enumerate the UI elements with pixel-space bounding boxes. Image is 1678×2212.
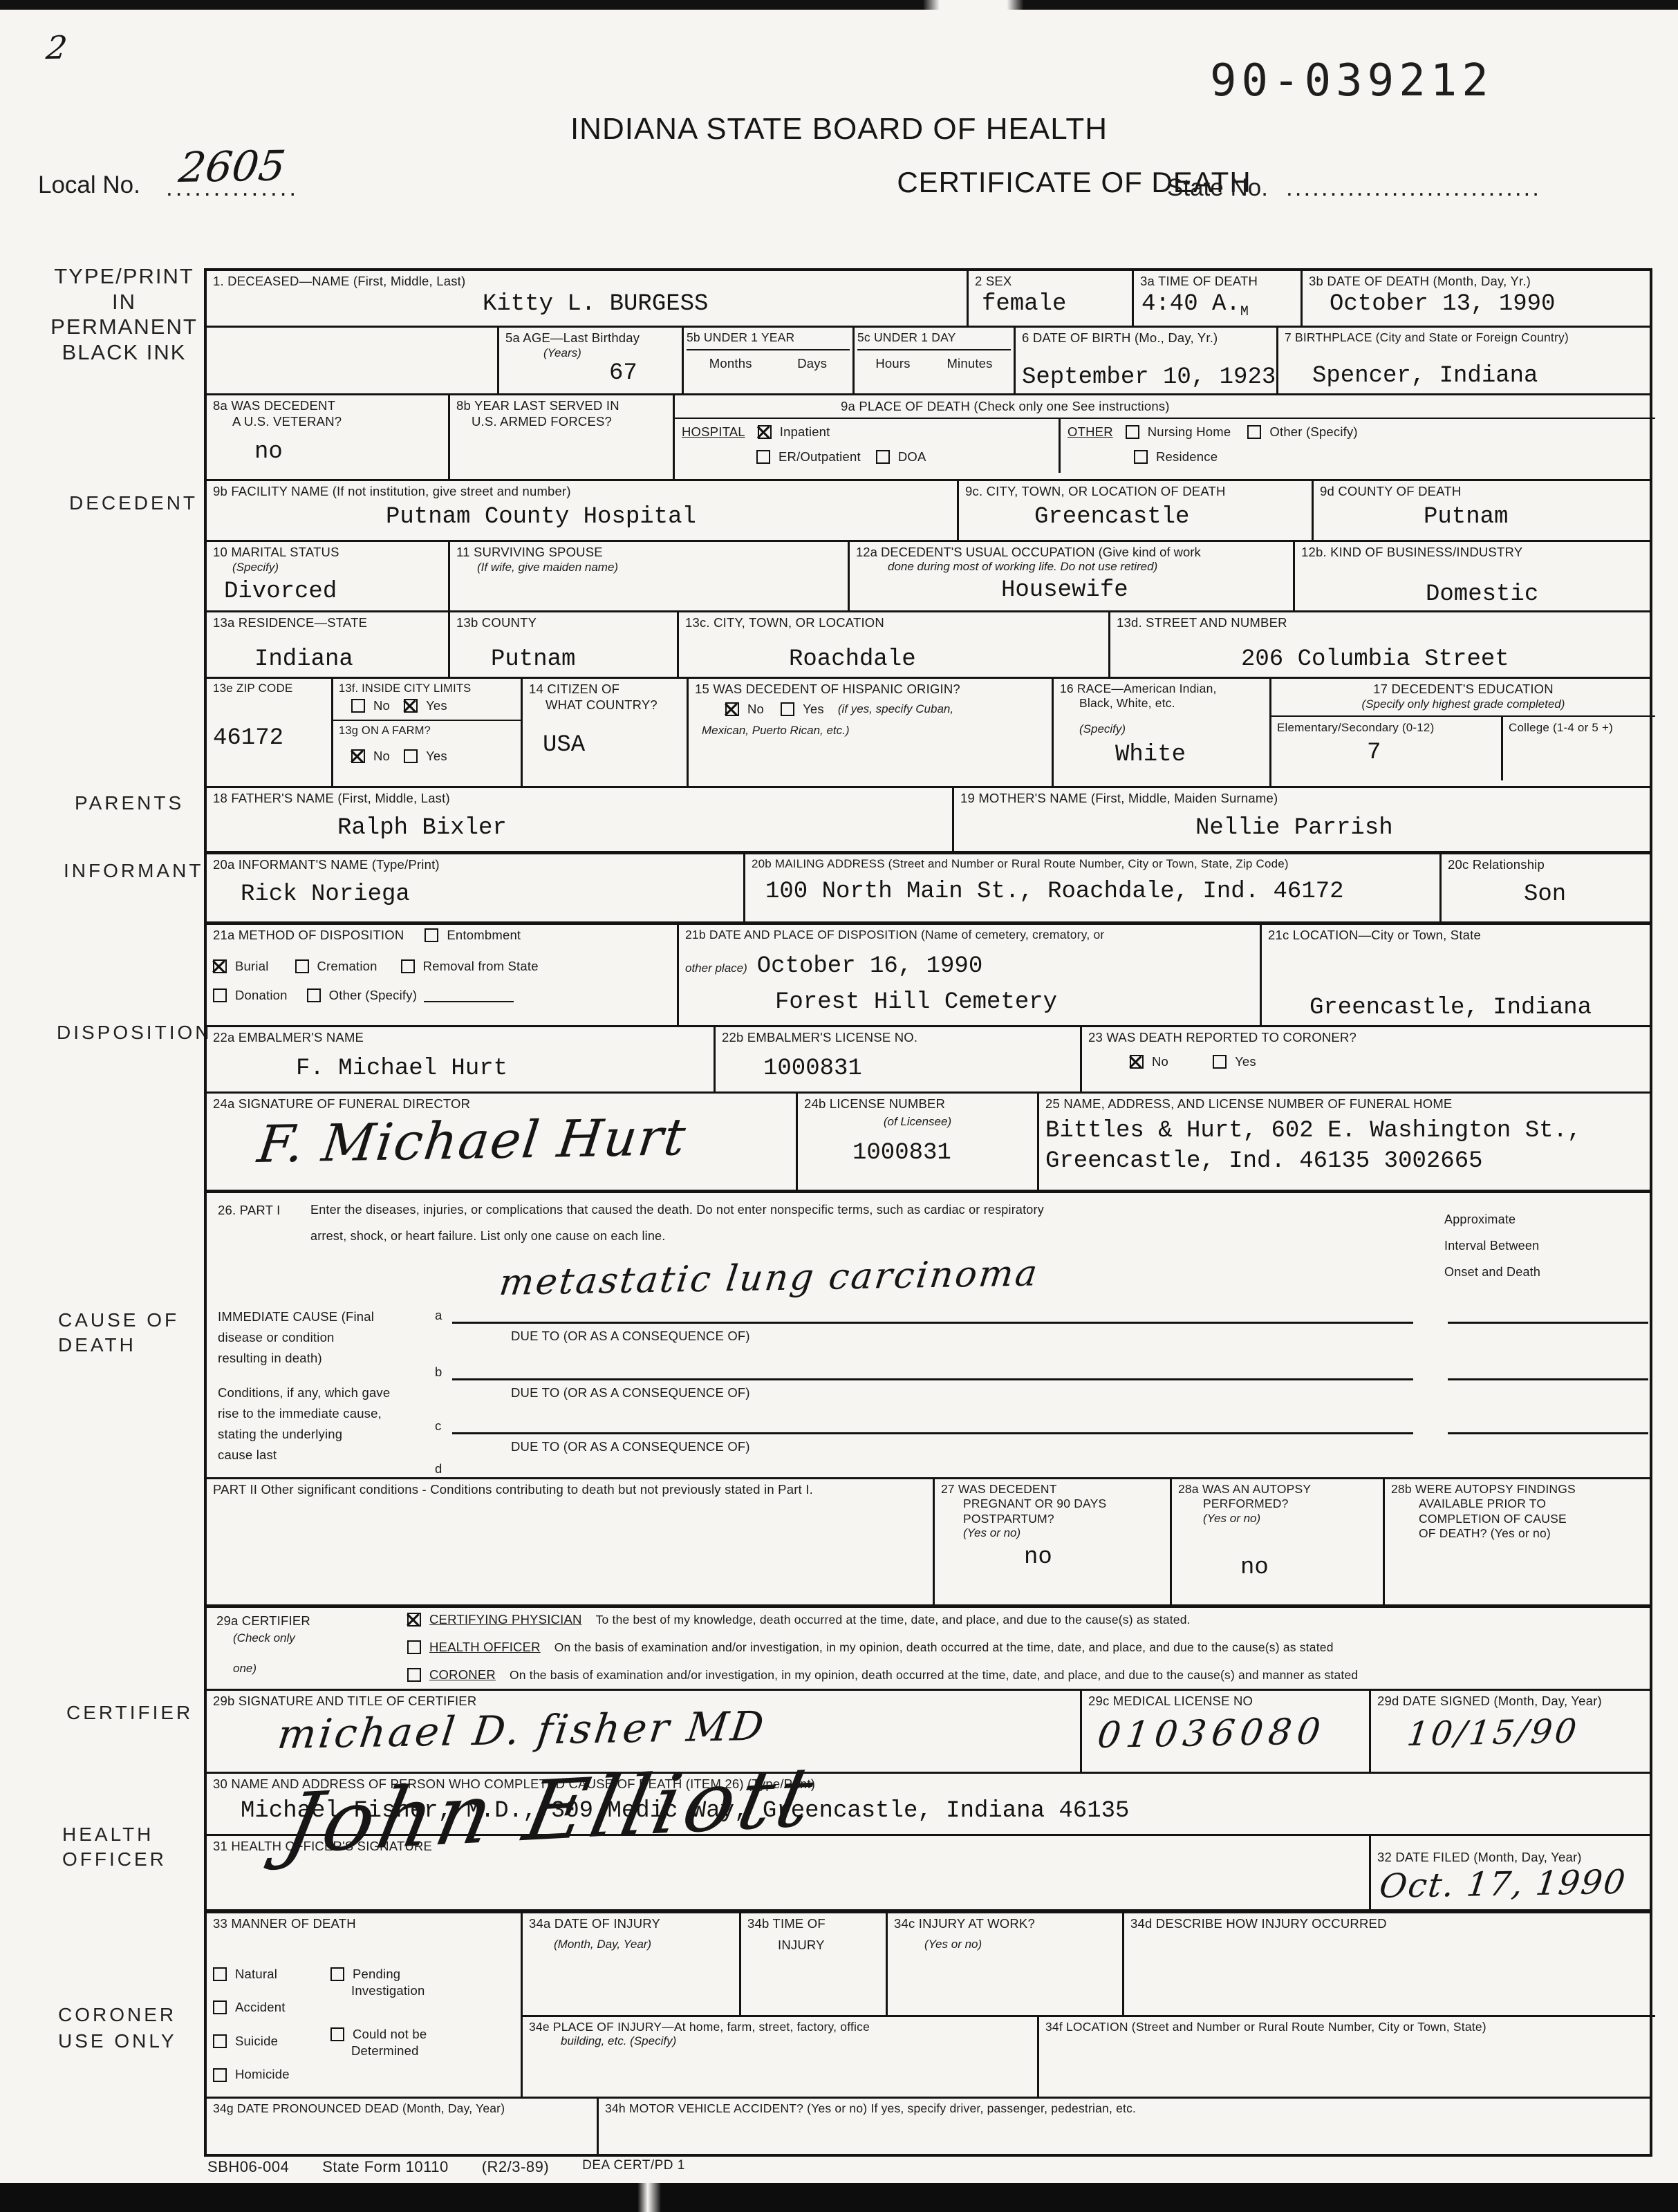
disposition-other-blank-line [424, 988, 514, 1002]
section-label-decedent: DECEDENT [69, 492, 198, 514]
field-injury-at-work: 34c INJURY AT WORK? (Yes or no) [888, 1913, 1124, 2015]
time-of-death-value: 4:40 A.M [1141, 291, 1294, 320]
scan-bottom-edge [0, 2183, 1678, 2212]
row-health-officer: 31 HEALTH OFFICER'S SIGNATURE 32 DATE FI… [207, 1836, 1650, 1913]
row-embalmer: 22a EMBALMER'S NAME F. Michael Hurt 22b … [207, 1027, 1650, 1094]
disposition-date-value: October 16, 1990 [757, 953, 982, 980]
field-date-pronounced-dead: 34g DATE PRONOUNCED DEAD (Month, Day, Ye… [207, 2099, 599, 2154]
field-reported-to-coroner: 23 WAS DEATH REPORTED TO CORONER? No Yes [1082, 1027, 1655, 1091]
checkbox-coroner-yes [1213, 1055, 1227, 1069]
field-funeral-license-number: 24b LICENSE NUMBER (of Licensee) 1000831 [798, 1094, 1039, 1190]
field-injury-location: 34f LOCATION (Street and Number or Rural… [1039, 2017, 1655, 2097]
field-education-elementary: Elementary/Secondary (0-12) 7 [1271, 717, 1503, 780]
section-label-cause-of-death: CAUSE OF DEATH [58, 1308, 179, 1358]
type-print-instruction: TYPE/PRINT IN PERMANENT BLACK INK [50, 264, 198, 365]
race-value: White [1115, 742, 1263, 768]
field-race: 16 RACE—American Indian, Black, White, e… [1054, 679, 1271, 786]
field-residence-state: 13a RESIDENCE—STATE Indiana [207, 612, 450, 677]
field-kind-of-business: 12b. KIND OF BUSINESS/INDUSTRY Domestic [1295, 542, 1655, 610]
checkbox-removal [401, 959, 415, 973]
field-residence-city: 13c. CITY, TOWN, OR LOCATION Roachdale [679, 612, 1110, 677]
checkbox-burial [213, 959, 227, 973]
checkbox-city-limits-yes [404, 699, 418, 713]
field-facility-name: 9b FACILITY NAME (If not institution, gi… [207, 481, 959, 540]
education-elementary-value: 7 [1367, 740, 1495, 766]
field-age: 5a AGE—Last Birthday (Years) 67 [499, 328, 684, 393]
field-surviving-spouse: 11 SURVIVING SPOUSE (If wife, give maide… [450, 542, 850, 610]
field-under-1-day: 5c UNDER 1 DAY Hours Minutes [855, 328, 1016, 393]
field-date-signed: 29d DATE SIGNED (Month, Day, Year) 10/15… [1371, 1691, 1655, 1772]
date-filed-value: Oct. 17, 1990 [1377, 1862, 1654, 1906]
row-completed-by: 30 NAME AND ADDRESS OF PERSON WHO COMPLE… [207, 1774, 1650, 1836]
field-pregnant: 27 WAS DECEDENT PREGNANT OR 90 DAYS POST… [935, 1479, 1172, 1604]
field-part2-conditions: PART II Other significant conditions - C… [207, 1479, 935, 1604]
birthplace-value: Spencer, Indiana [1312, 363, 1649, 389]
row-manner-of-death: 33 MANNER OF DEATH Natural Accident Suic… [207, 1913, 1650, 2099]
field-autopsy-performed: 28a WAS AN AUTOPSY PERFORMED? (Yes or no… [1172, 1479, 1385, 1604]
row-age-birth: 5a AGE—Last Birthday (Years) 67 5b UNDER… [207, 328, 1650, 395]
checkbox-coroner-no [1130, 1055, 1144, 1069]
scan-top-edge [0, 0, 1678, 10]
checkbox-certifying-physician [407, 1613, 421, 1627]
death-certificate-page: 2 90-039212 INDIANA STATE BOARD OF HEALT… [0, 0, 1678, 2212]
embalmer-name-value: F. Michael Hurt [296, 1056, 707, 1082]
field-date-filed: 32 DATE FILED (Month, Day, Year) Oct. 17… [1371, 1836, 1655, 1909]
section-label-disposition: DISPOSITION [57, 1022, 212, 1044]
funeral-license-value: 1000831 [852, 1140, 1031, 1166]
field-method-of-disposition: 21a METHOD OF DISPOSITION Entombment Bur… [207, 925, 679, 1025]
disposition-location-value: Greencastle, Indiana [1309, 995, 1649, 1021]
field-date-of-death: 3b DATE OF DEATH (Month, Day, Yr.) Octob… [1303, 271, 1655, 326]
residence-city-value: Roachdale [789, 646, 1102, 673]
field-time-of-death: 3a TIME OF DEATH 4:40 A.M [1134, 271, 1303, 326]
row-residence: 13a RESIDENCE—STATE Indiana 13b COUNTY P… [207, 612, 1650, 679]
field-city-of-death: 9c. CITY, TOWN, OR LOCATION OF DEATH Gre… [959, 481, 1314, 540]
field-certifier-signature: 29b SIGNATURE AND TITLE OF CERTIFIER mic… [207, 1691, 1082, 1772]
date-of-birth-value: September 10, 1923 [1022, 364, 1270, 391]
deceased-name-value: Kitty L. BURGESS [483, 291, 960, 317]
field-education: 17 DECEDENT'S EDUCATION (Specify only hi… [1271, 679, 1655, 786]
field-date-place-disposition: 21b DATE AND PLACE OF DISPOSITION (Name … [679, 925, 1262, 1025]
field-disposition-location: 21c LOCATION—City or Town, State Greenca… [1262, 925, 1655, 1025]
residence-county-value: Putnam [491, 646, 671, 673]
interval-line-c-rule [1448, 1432, 1648, 1434]
checkbox-coroner-certifier [407, 1668, 421, 1682]
field-place-of-injury: 34e PLACE OF INJURY—At home, farm, stree… [523, 2017, 1039, 2097]
section-label-coroner-use-only: CORONER USE ONLY [58, 2002, 177, 2054]
field-health-officer-signature: 31 HEALTH OFFICER'S SIGNATURE [207, 1836, 1371, 1909]
row-deceased-name: 1. DECEASED—NAME (First, Middle, Last) K… [207, 271, 1650, 328]
checkbox-could-not-determine [330, 2027, 344, 2041]
place-of-death-hospital-group: HOSPITAL Inpatient ER/Outpatient DOA [675, 419, 1061, 473]
field-father-name: 18 FATHER'S NAME (First, Middle, Last) R… [207, 788, 954, 851]
field-relationship: 20c Relationship Son [1442, 854, 1655, 921]
disposition-place-value: Forest Hill Cemetery [775, 989, 1253, 1015]
field-birthplace: 7 BIRTHPLACE (City and State or Foreign … [1278, 328, 1655, 393]
checkbox-farm-no [351, 749, 365, 763]
usual-occupation-value: Housewife [1001, 577, 1287, 603]
cell-injury-details: 34a DATE OF INJURY (Month, Day, Year) 34… [523, 1913, 1655, 2097]
field-year-last-served: 8b YEAR LAST SERVED IN U.S. ARMED FORCES… [450, 395, 675, 479]
row-certifier-type: 29a CERTIFIER (Check only one) CERTIFYIN… [207, 1608, 1650, 1691]
facility-name-value: Putnam County Hospital [386, 504, 951, 530]
checkbox-hispanic-yes [781, 702, 794, 716]
row-informant: 20a INFORMANT'S NAME (Type/Print) Rick N… [207, 854, 1650, 925]
checkbox-disposition-other [307, 988, 321, 1002]
local-no-dotted-line: .............. [166, 174, 299, 202]
city-of-death-value: Greencastle [1034, 504, 1305, 530]
checkbox-cremation [295, 959, 309, 973]
field-county-of-death: 9d COUNTY OF DEATH Putnam [1314, 481, 1655, 540]
field-certifier-type: 29a CERTIFIER (Check only one) CERTIFYIN… [207, 1608, 1651, 1689]
checkbox-health-officer [407, 1640, 421, 1654]
field-embalmer-name: 22a EMBALMER'S NAME F. Michael Hurt [207, 1027, 716, 1091]
row-certifier-signature: 29b SIGNATURE AND TITLE OF CERTIFIER mic… [207, 1691, 1650, 1774]
date-signed-value: 10/15/90 [1405, 1710, 1654, 1753]
local-no-label: Local No. [38, 171, 140, 199]
field-time-of-injury: 34b TIME OF INJURY [741, 1913, 888, 2015]
county-of-death-value: Putnam [1424, 504, 1649, 530]
field-usual-occupation: 12a DECEDENT'S USUAL OCCUPATION (Give ki… [850, 542, 1295, 610]
section-label-informant: INFORMANT [64, 860, 203, 882]
residence-state-value: Indiana [254, 646, 442, 673]
completed-by-value: Michael Fisher, M.D., 309 Medic Way, Gre… [241, 1798, 1645, 1824]
footer-dea-cert: DEA CERT/PD 1 [582, 2158, 685, 2176]
footer-form-code: SBH06-004 [207, 2158, 289, 2176]
father-name-value: Ralph Bixler [337, 815, 946, 841]
checkbox-other-specify [1247, 425, 1261, 439]
row-disposition: 21a METHOD OF DISPOSITION Entombment Bur… [207, 925, 1650, 1027]
row-veteran-place-of-death: 8a WAS DECEDENT A U.S. VETERAN? no 8b YE… [207, 395, 1650, 481]
field-marital-status: 10 MARITAL STATUS (Specify) Divorced [207, 542, 450, 610]
row-zip-race-education: 13e ZIP CODE 46172 13f. INSIDE CITY LIMI… [207, 679, 1650, 788]
autopsy-value: no [1240, 1555, 1377, 1581]
row-parents: 18 FATHER'S NAME (First, Middle, Last) R… [207, 788, 1650, 854]
checkbox-suicide [213, 2034, 227, 2048]
pregnant-value: no [1024, 1544, 1164, 1571]
field-mother-name: 19 MOTHER'S NAME (First, Middle, Maiden … [954, 788, 1655, 851]
field-veteran: 8a WAS DECEDENT A U.S. VETERAN? no [207, 395, 450, 479]
zip-code-value: 46172 [213, 725, 325, 751]
medical-license-value: 01036080 [1095, 1710, 1368, 1756]
place-of-death-other-group: OTHER Nursing Home Other (Specify) Resid… [1061, 419, 1655, 473]
interval-line-b-rule [1448, 1378, 1648, 1380]
cell-blank-under-name [207, 328, 499, 393]
field-education-college: College (1-4 or 5 +) [1503, 717, 1655, 780]
marital-status-value: Divorced [224, 579, 442, 605]
field-cause-of-death: 26. PART I Enter the diseases, injuries,… [207, 1193, 1651, 1477]
field-informant-name: 20a INFORMANT'S NAME (Type/Print) Rick N… [207, 854, 745, 921]
field-autopsy-findings: 28b WERE AUTOPSY FINDINGS AVAILABLE PRIO… [1385, 1479, 1655, 1604]
interval-line-a-rule [1448, 1322, 1648, 1324]
checkbox-er-outpatient [756, 450, 770, 464]
field-funeral-home: 25 NAME, ADDRESS, AND LICENSE NUMBER OF … [1039, 1094, 1655, 1190]
field-residence-street: 13d. STREET AND NUMBER 206 Columbia Stre… [1110, 612, 1655, 677]
section-label-parents: PARENTS [75, 792, 184, 814]
checkbox-hispanic-no [725, 702, 739, 716]
certificate-form-table: 1. DECEASED—NAME (First, Middle, Last) K… [204, 268, 1652, 2157]
residence-street-value: 206 Columbia Street [1241, 646, 1649, 673]
cause-line-c-rule [452, 1432, 1413, 1434]
checkbox-homicide [213, 2068, 227, 2082]
state-no-dotted-line: ............................. [1286, 174, 1541, 202]
row-part2-autopsy: PART II Other significant conditions - C… [207, 1479, 1650, 1608]
field-funeral-director-signature: 24a SIGNATURE OF FUNERAL DIRECTOR F. Mic… [207, 1094, 798, 1190]
field-mailing-address: 20b MAILING ADDRESS (Street and Number o… [745, 854, 1442, 921]
footer-revision: (R2/3-89) [482, 2158, 549, 2176]
checkbox-residence [1134, 450, 1148, 464]
mailing-address-value: 100 North Main St., Roachdale, Ind. 4617… [765, 879, 1433, 905]
date-of-death-value: October 13, 1990 [1330, 291, 1649, 317]
cell-city-limits-farm: 13f. INSIDE CITY LIMITS No Yes 13g ON A … [333, 679, 523, 786]
checkbox-pending-investigation [330, 1967, 344, 1981]
funeral-director-signature: F. Michael Hurt [254, 1105, 798, 1174]
cause-line-a-rule [452, 1322, 1413, 1324]
row-pronounced-dead: 34g DATE PRONOUNCED DEAD (Month, Day, Ye… [207, 2099, 1650, 2154]
field-date-of-birth: 6 DATE OF BIRTH (Mo., Day, Yr.) Septembe… [1016, 328, 1278, 393]
checkbox-doa [876, 450, 890, 464]
cause-line-b-rule [452, 1378, 1413, 1380]
cause-of-death-a-value: metastatic lung carcinoma [497, 1253, 1041, 1304]
veteran-value: no [254, 439, 442, 465]
informant-name-value: Rick Noriega [241, 881, 737, 908]
state-no-label: State No. [1167, 174, 1268, 202]
field-citizen-of-country: 14 CITIZEN OF WHAT COUNTRY? USA [523, 679, 689, 786]
field-embalmer-license: 22b EMBALMER'S LICENSE NO. 1000831 [716, 1027, 1082, 1091]
row-facility: 9b FACILITY NAME (If not institution, gi… [207, 481, 1650, 542]
field-how-injury-occurred: 34d DESCRIBE HOW INJURY OCCURRED [1124, 1913, 1655, 2015]
board-title: INDIANA STATE BOARD OF HEALTH [0, 112, 1678, 147]
funeral-home-line2: Greencastle, Ind. 46135 3002665 [1045, 1148, 1649, 1174]
checkbox-inpatient [758, 425, 772, 439]
field-inside-city-limits: 13f. INSIDE CITY LIMITS No Yes [333, 679, 521, 721]
field-medical-license: 29c MEDICAL LICENSE NO 01036080 [1082, 1691, 1371, 1772]
field-sex: 2 SEX female [969, 271, 1134, 326]
form-footer: SBH06-004 State Form 10110 (R2/3-89) DEA… [207, 2158, 685, 2176]
footer-state-form: State Form 10110 [322, 2158, 448, 2176]
row-funeral-director: 24a SIGNATURE OF FUNERAL DIRECTOR F. Mic… [207, 1094, 1650, 1193]
checkbox-natural [213, 1967, 227, 1981]
funeral-home-line1: Bittles & Hurt, 602 E. Washington St., [1045, 1118, 1649, 1144]
field-on-a-farm: 13g ON A FARM? No Yes [333, 721, 521, 767]
state-file-number-stamp: 90-039212 [1210, 55, 1493, 106]
field-residence-county: 13b COUNTY Putnam [450, 612, 679, 677]
checkbox-accident [213, 2000, 227, 2014]
field-place-of-death: 9a PLACE OF DEATH (Check only one See in… [675, 395, 1655, 479]
row-marital-occupation: 10 MARITAL STATUS (Specify) Divorced 11 … [207, 542, 1650, 612]
checkbox-entombment [425, 928, 438, 942]
checkbox-nursing-home [1126, 425, 1139, 439]
mother-name-value: Nellie Parrish [1195, 815, 1649, 841]
field-zip-code: 13e ZIP CODE 46172 [207, 679, 333, 786]
row-cause-of-death-part1: 26. PART I Enter the diseases, injuries,… [207, 1193, 1650, 1479]
embalmer-license-value: 1000831 [763, 1056, 1074, 1082]
section-label-health-officer: HEALTH OFFICER [62, 1822, 167, 1873]
checkbox-city-limits-no [351, 699, 365, 713]
checkbox-donation [213, 988, 227, 1002]
relationship-value: Son [1524, 881, 1649, 908]
checkbox-farm-yes [404, 749, 418, 763]
field-deceased-name: 1. DECEASED—NAME (First, Middle, Last) K… [207, 271, 969, 326]
citizen-value: USA [543, 732, 680, 758]
kind-of-business-value: Domestic [1426, 581, 1649, 608]
field-date-of-injury: 34a DATE OF INJURY (Month, Day, Year) [523, 1913, 741, 2015]
field-motor-vehicle-accident: 34h MOTOR VEHICLE ACCIDENT? (Yes or no) … [599, 2099, 1655, 2154]
field-under-1-year: 5b UNDER 1 YEAR Months Days [684, 328, 855, 393]
corner-page-number: 2 [44, 28, 69, 66]
sex-value: female [982, 291, 1126, 317]
age-value: 67 [609, 360, 675, 386]
field-completed-by: 30 NAME AND ADDRESS OF PERSON WHO COMPLE… [207, 1774, 1651, 1834]
field-manner-of-death: 33 MANNER OF DEATH Natural Accident Suic… [207, 1913, 523, 2097]
field-hispanic-origin: 15 WAS DECEDENT OF HISPANIC ORIGIN? No Y… [689, 679, 1054, 786]
section-label-certifier: CERTIFIER [66, 1702, 193, 1724]
